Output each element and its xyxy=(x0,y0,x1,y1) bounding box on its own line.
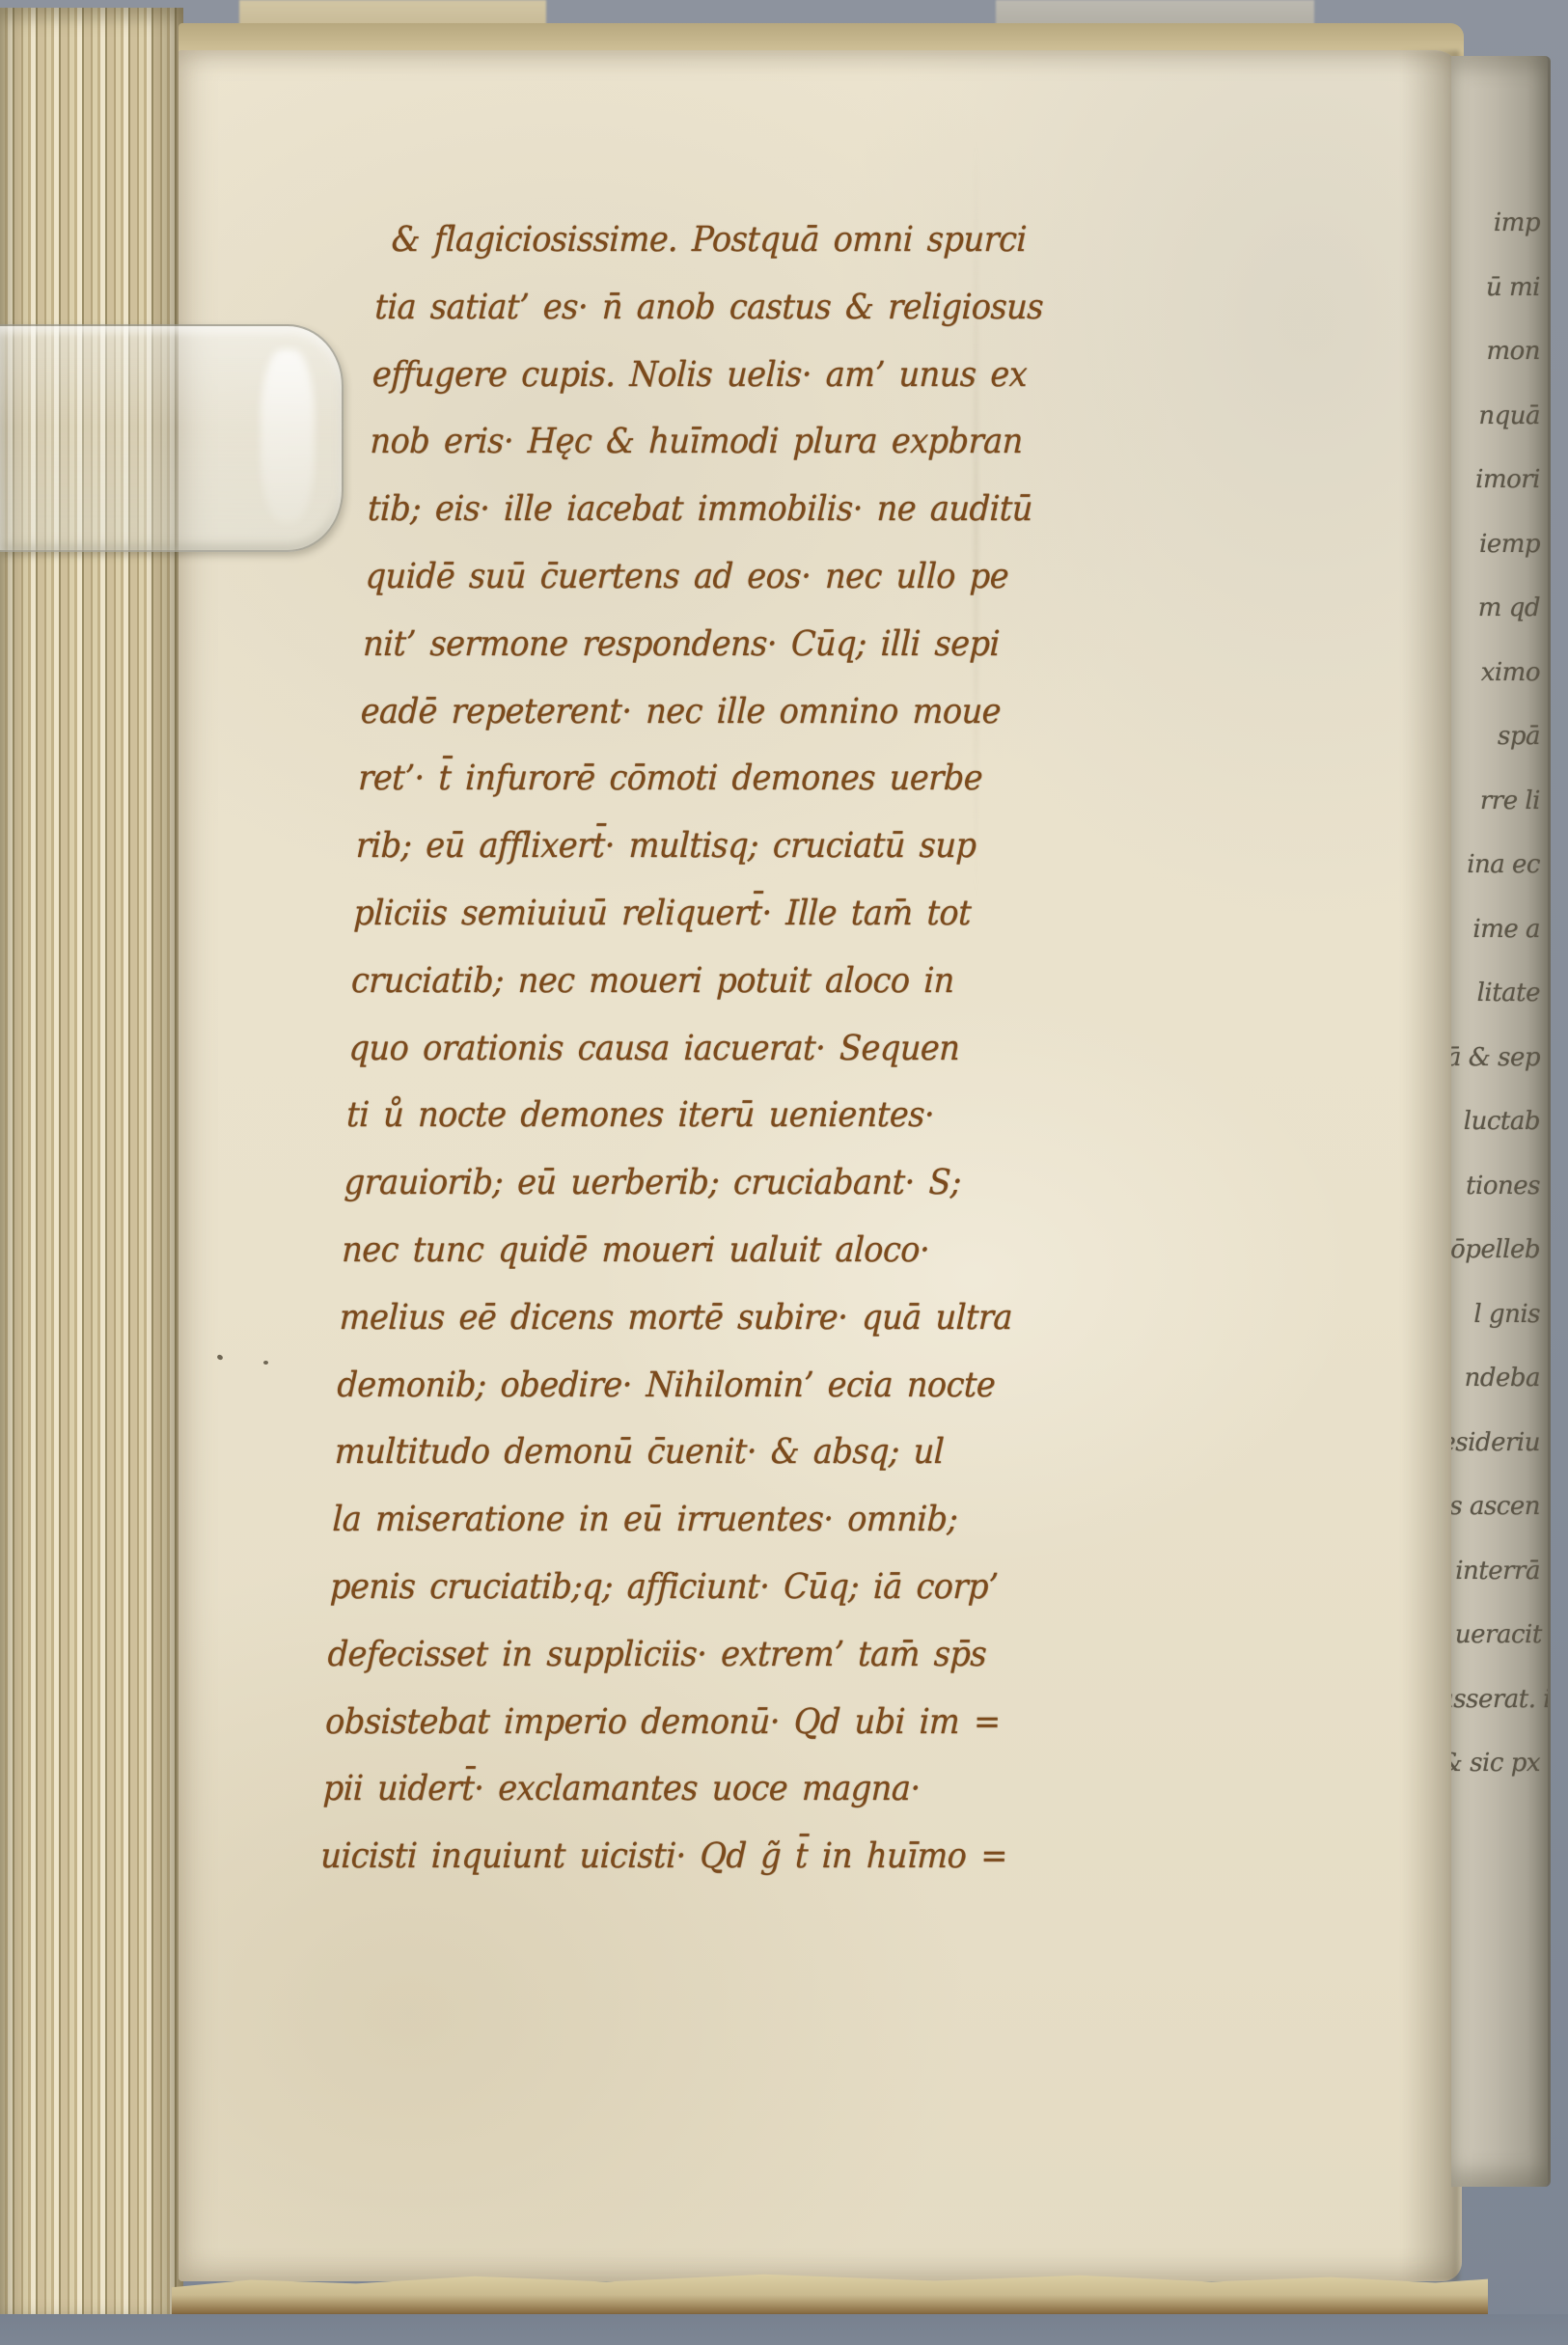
manuscript-text-line: ti ů nocte demones iterū uenientes· xyxy=(345,1082,976,1149)
manuscript-text-line: nit’ sermone respondens· Cūq; illi sepi xyxy=(362,611,992,678)
backdrop-bottom xyxy=(0,2314,1568,2345)
ink-speck xyxy=(216,1354,224,1361)
manuscript-text-line: effugere cupis. Nolis uelis· am’ unus ex xyxy=(371,342,1002,409)
facing-page-text-fragment: imori xyxy=(1451,448,1540,512)
manuscript-text-line: tia satiat’ es· n̄ anob castus & religio… xyxy=(373,274,1004,342)
facing-page-text-fragment: us ascen xyxy=(1451,1475,1540,1539)
manuscript-text-line: demonib; obedire· Nihilomin’ ecia nocte xyxy=(336,1352,966,1420)
manuscript-text-line: obsistebat imperio demonū· Qd ubi im = xyxy=(324,1689,954,1756)
facing-page-sliver: impū mimonnquāimoriiempm qdximospārre li… xyxy=(1451,56,1551,2187)
facing-page-text-fragment: ū mi xyxy=(1451,256,1540,320)
manuscript-text-line: defecisset in suppliciis· extrem’ tam̄ s… xyxy=(326,1621,956,1689)
manuscript-photo: & flagiciosissime. Postquā omni spurciti… xyxy=(0,0,1568,2345)
manuscript-text-line: quo orationis causa iacuerat· Sequen xyxy=(347,1015,977,1083)
facing-page-text-fragment: l gnis xyxy=(1451,1283,1540,1347)
facing-page-text-fragment: rre li xyxy=(1451,769,1540,834)
manuscript-text-line: & flagiciosissime. Postquā omni spurci xyxy=(376,207,1006,274)
manuscript-text-line: pii uidert̄· exclamantes uoce magna· xyxy=(322,1755,952,1823)
manuscript-text-line: grauiorib; eū uerberib; cruciabant· S; xyxy=(343,1149,973,1217)
manuscript-text-line: rib; eū afflixert̄· multisq; cruciatū su… xyxy=(355,813,985,880)
facing-page-text-fragment: esideriu xyxy=(1451,1411,1540,1476)
manuscript-text-line: quidē suū c̄uertens ad eos· nec ullo pe xyxy=(364,543,994,611)
page-holder-clamp xyxy=(0,324,344,552)
facing-page-text-fragment: ime a xyxy=(1451,897,1540,962)
gutter-shadow xyxy=(1401,50,1459,2281)
facing-page-text-fragment: mon xyxy=(1451,319,1540,384)
facing-page-text-fragment: cusserat. i xyxy=(1451,1668,1540,1732)
facing-page-text-fragment: imp xyxy=(1451,191,1540,256)
facing-page-text-fragment: spā xyxy=(1451,704,1540,769)
manuscript-text-line: la miseratione in eū irruentes· omnib; xyxy=(331,1486,961,1554)
manuscript-text-line: multitudo demonū c̄uenit· & absq; ul xyxy=(334,1419,964,1486)
facing-page-text: impū mimonnquāimoriiempm qdximospārre li… xyxy=(1451,191,1540,1796)
facing-page-text-fragment: interrā xyxy=(1451,1539,1540,1604)
manuscript-text-line: cruciatib; nec moueri potuit aloco in xyxy=(350,948,980,1015)
ink-speck xyxy=(263,1361,268,1365)
manuscript-text-line: ret’· t̄ infurorē cōmoti demones uerbe xyxy=(357,745,987,813)
manuscript-page: & flagiciosissime. Postquā omni spurciti… xyxy=(179,50,1462,2281)
manuscript-text-line: pliciis semiuiuū reliquert̄· Ille tam̄ t… xyxy=(352,880,982,948)
facing-page-text-fragment: iemp xyxy=(1451,512,1540,577)
manuscript-text-line: eadē repeterent· nec ille omnino moue xyxy=(360,678,990,746)
manuscript-text-block: & flagiciosissime. Postquā omni spurciti… xyxy=(319,207,1006,1890)
facing-page-text-fragment: luctab xyxy=(1451,1090,1540,1154)
facing-page-text-fragment: litate xyxy=(1451,961,1540,1026)
manuscript-text-line: nob eris· Hęc & huīmodi plura expbran xyxy=(369,408,999,476)
facing-page-text-fragment: nquā xyxy=(1451,384,1540,449)
facing-page-text-fragment: m qd xyxy=(1451,576,1540,641)
facing-page-text-fragment: tiones xyxy=(1451,1154,1540,1219)
facing-page-text-fragment: ndeba xyxy=(1451,1346,1540,1411)
facing-page-text-fragment: m ueracit xyxy=(1451,1603,1540,1668)
manuscript-text-line: penis cruciatib;q; afficiunt· Cūq; iā co… xyxy=(329,1554,959,1621)
manuscript-text-line: uicisti inquiunt uicisti· Qd g̃ t̄ in hu… xyxy=(319,1823,949,1890)
facing-page-text-fragment: ā & sep xyxy=(1451,1026,1540,1090)
manuscript-text-line: melius eē dicens mortē subire· quā ultra xyxy=(339,1284,969,1352)
facing-page-text-fragment: ximo xyxy=(1451,641,1540,705)
facing-page-text-fragment: ina ec xyxy=(1451,833,1540,897)
facing-page-text-fragment: ōpelleb xyxy=(1451,1218,1540,1283)
manuscript-text-line: nec tunc quidē moueri ualuit aloco· xyxy=(341,1217,971,1284)
facing-page-text-fragment: & sic px xyxy=(1451,1731,1540,1796)
manuscript-text-line: tib; eis· ille iacebat immobilis· ne aud… xyxy=(367,476,997,543)
